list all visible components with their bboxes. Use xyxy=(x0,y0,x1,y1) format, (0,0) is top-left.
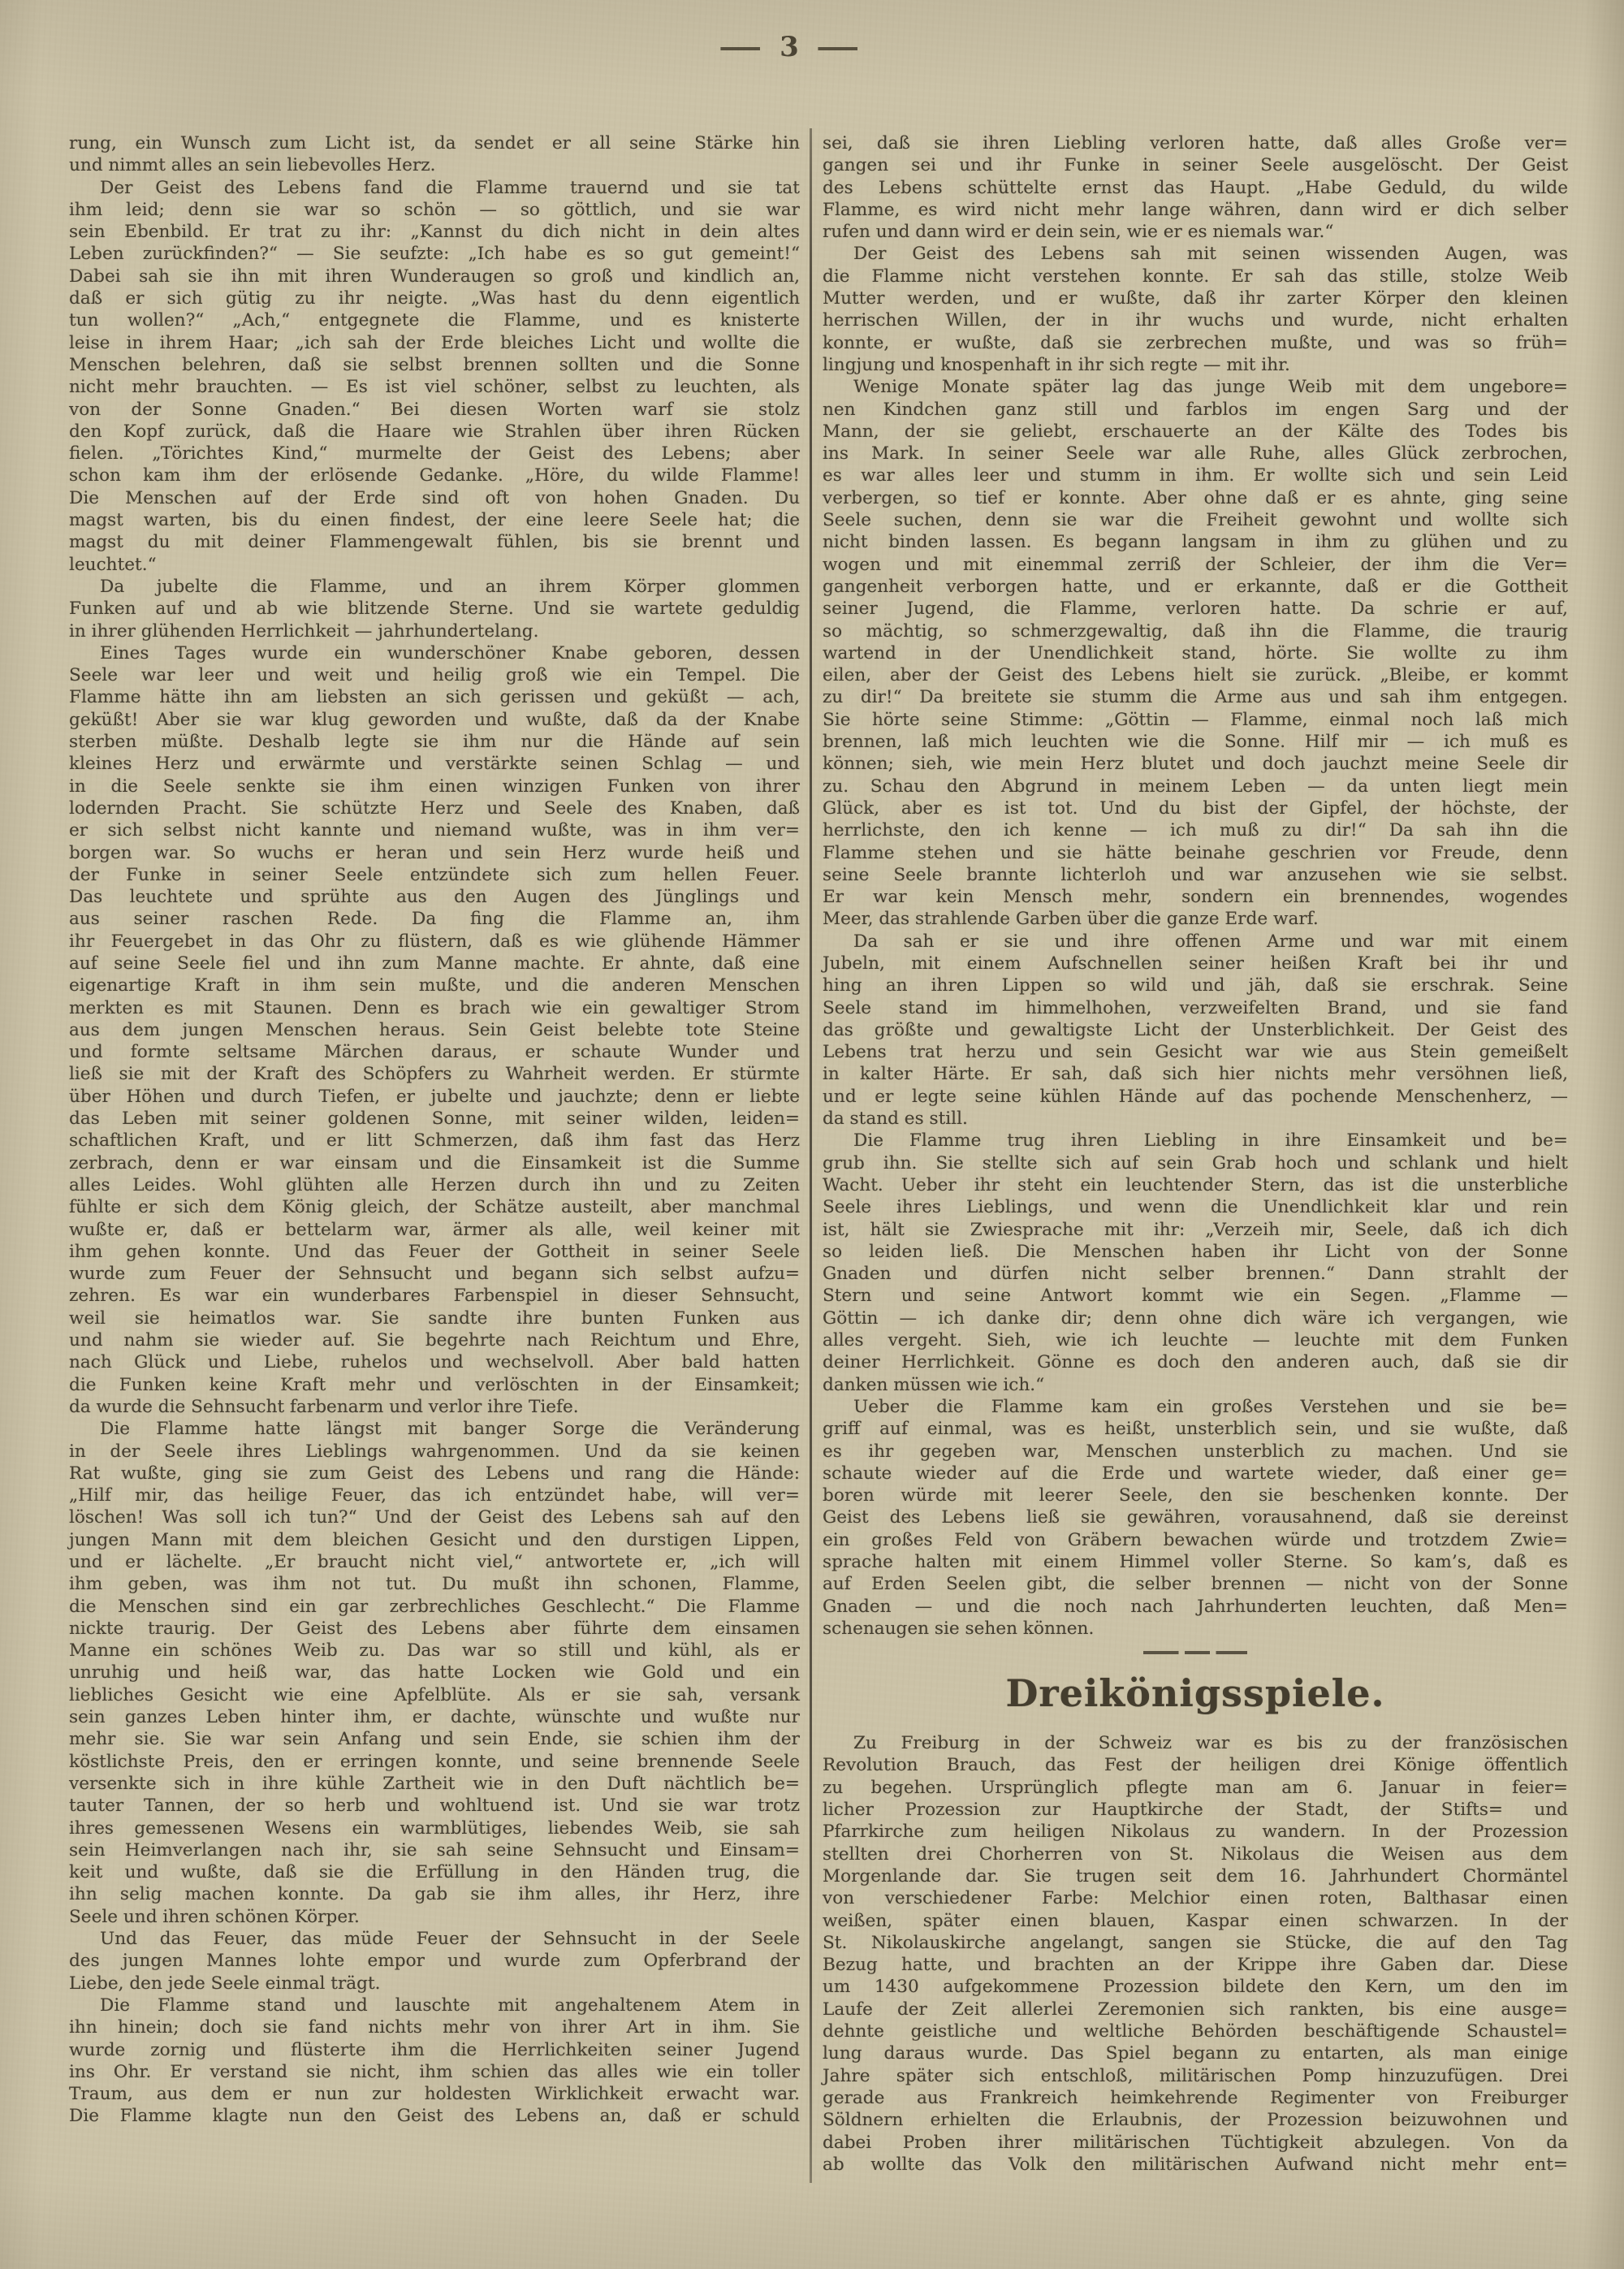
text-line: Ueber die Flamme kam ein großes Verstehe… xyxy=(823,1396,1568,1418)
text-line: Flamme, es wird nicht mehr lange währen,… xyxy=(823,199,1568,221)
text-line: Wenige Monate später lag das junge Weib … xyxy=(823,376,1568,398)
section-separator xyxy=(1143,1651,1247,1654)
text-line: des jungen Mannes lohte empor und wurde … xyxy=(69,1950,800,1972)
text-line: versenkte sich in ihre kühle Zartheit wi… xyxy=(69,1773,800,1795)
text-line: lingjung und knospenhaft in ihr sich reg… xyxy=(823,354,1568,376)
text-line: leuchtet.“ xyxy=(69,554,800,576)
text-line: zerbrach, denn er war einsam und die Ein… xyxy=(69,1152,800,1174)
text-line: die Funken keine Kraft mehr und verlösch… xyxy=(69,1374,800,1396)
text-line: schenaugen sie sehen können. xyxy=(823,1618,1568,1640)
text-line: nicht mehr brauchten. — Es ist viel schö… xyxy=(69,376,800,398)
text-line: konnte, er wußte, daß sie zerbrechen muß… xyxy=(823,332,1568,354)
text-line: können; sieh, wie mein Herz blutet und d… xyxy=(823,753,1568,775)
text-line: Flamme hätte ihn am liebsten an sich ger… xyxy=(69,686,800,708)
header-dash-left: — xyxy=(719,31,764,63)
text-line: Sie hörte seine Stimme: „Göttin — Flamme… xyxy=(823,709,1568,731)
text-line: wurde zornig und flüsterte ihm die Herrl… xyxy=(69,2039,800,2061)
text-line: das Leben mit seiner goldenen Sonne, mit… xyxy=(69,1108,800,1130)
text-line: Zu Freiburg in der Schweiz war es bis zu… xyxy=(823,1732,1568,1754)
text-line: tauter Tannen, der so herb und wohltuend… xyxy=(69,1795,800,1817)
text-line: in die Seele senkte sie ihm einen winzig… xyxy=(69,776,800,797)
text-line: Da jubelte die Flamme, und an ihrem Körp… xyxy=(69,576,800,598)
text-line: in kalter Härte. Er sah, daß sich hier n… xyxy=(823,1063,1568,1085)
text-line: wurde zum Feuer der Sehnsucht und begann… xyxy=(69,1263,800,1285)
text-line: Die Flamme trug ihren Liebling in ihre E… xyxy=(823,1130,1568,1152)
text-line: gerade aus Frankreich heimkehrende Regim… xyxy=(823,2087,1568,2109)
text-line: magst du mit deiner Flammengewalt fühlen… xyxy=(69,531,800,553)
text-line: da stand es still. xyxy=(823,1108,1568,1130)
text-line: Meer, das strahlende Garben über die gan… xyxy=(823,908,1568,930)
text-line: Seele und ihren schönen Körper. xyxy=(69,1906,800,1928)
text-line: ein großes Feld von Gräbern bewachen wür… xyxy=(823,1529,1568,1551)
text-line: Der Geist des Lebens sah mit seinen wiss… xyxy=(823,243,1568,265)
text-line: ihm leid; denn sie war so schön — so göt… xyxy=(69,199,800,221)
text-line: Menschen belehren, daß sie selbst brenne… xyxy=(69,354,800,376)
text-line: zu dir!“ Da breitete sie stumm die Arme … xyxy=(823,686,1568,708)
text-line: grub ihn. Sie stellte sich auf sein Grab… xyxy=(823,1152,1568,1174)
text-line: licher Prozession zur Hauptkirche der St… xyxy=(823,1799,1568,1821)
text-line: rufen und dann wird er dein sein, wie er… xyxy=(823,221,1568,243)
text-line: eilen, aber der Geist des Lebens hielt s… xyxy=(823,664,1568,686)
header-dash-right: — xyxy=(815,31,861,63)
text-line: den Kopf zurück, daß die Haare wie Strah… xyxy=(69,421,800,443)
text-line: Pfarrkirche zum heiligen Nikolaus zu wan… xyxy=(823,1821,1568,1843)
text-line: deiner Herrlichkeit. Gönne es doch den a… xyxy=(823,1351,1568,1373)
text-line: ihr Feuergebet in das Ohr zu flüstern, d… xyxy=(69,931,800,953)
text-line: Seele war leer und weit und heilig groß … xyxy=(69,664,800,686)
text-line: Revolution Brauch, das Fest der heiligen… xyxy=(823,1754,1568,1776)
text-line: ließ sie mit der Kraft des Schöpfers zu … xyxy=(69,1063,800,1085)
page-number: —3— xyxy=(0,31,1579,63)
text-line: brennen, laß mich leuchten wie die Sonne… xyxy=(823,731,1568,753)
text-line: schon kam ihm der erlösende Gedanke. „Hö… xyxy=(69,465,800,486)
text-line: um 1430 aufgekommene Prozession bildete … xyxy=(823,1976,1568,1998)
text-line: Gnaden und dürfen nicht selber brennen.“… xyxy=(823,1263,1568,1285)
column-divider-rule xyxy=(810,128,812,2183)
text-line: seiner Jugend, die Flamme, verloren hatt… xyxy=(823,598,1568,620)
text-line: gangen sei und ihr Funke in seiner Seele… xyxy=(823,154,1568,176)
text-line: Funken auf und ab wie blitzende Sterne. … xyxy=(69,598,800,620)
text-line: zu. Schau den Abgrund in meinem Leben — … xyxy=(823,776,1568,797)
text-line: sein Ebenbild. Er trat zu ihr: „Kannst d… xyxy=(69,221,800,243)
text-line: hing an ihren Lippen so wild und jäh, da… xyxy=(823,975,1568,996)
text-line: Das leuchtete und sprühte aus den Augen … xyxy=(69,886,800,908)
text-line: danken müssen wie ich.“ xyxy=(823,1374,1568,1396)
article-body: Zu Freiburg in der Schweiz war es bis zu… xyxy=(823,1732,1568,2176)
text-line: Lebens trat herzu und sein Gesicht war w… xyxy=(823,1041,1568,1063)
text-line: ins Ohr. Er verstand sie nicht, ihm schi… xyxy=(69,2061,800,2083)
text-line: griff auf einmal, was es heißt, unsterbl… xyxy=(823,1418,1568,1440)
article-heading: Dreikönigsspiele. xyxy=(823,1672,1568,1714)
text-line: Der Geist des Lebens fand die Flamme tra… xyxy=(69,177,800,199)
text-line: verbergen, so tief er konnte. Aber ohne … xyxy=(823,487,1568,509)
text-line: Göttin — ich danke dir; denn ohne dich w… xyxy=(823,1307,1568,1329)
text-line: ist, hält sie Zwiesprache mit ihr: „Verz… xyxy=(823,1219,1568,1241)
text-line: Jubeln, mit einem Aufschnellen seiner he… xyxy=(823,953,1568,975)
text-line: und formte seltsame Märchen daraus, er s… xyxy=(69,1041,800,1063)
text-line: Leben zurückfinden?“ — Sie seufzte: „Ich… xyxy=(69,243,800,265)
text-line: seine Seele brannte lichterloh und war a… xyxy=(823,864,1568,886)
text-line: jungen Mann mit dem bleichen Gesicht und… xyxy=(69,1529,800,1551)
text-line: Gnaden — und die noch nach Jahrhunderten… xyxy=(823,1596,1568,1618)
text-line: und nimmt alles an sein liebevolles Herz… xyxy=(69,154,800,176)
text-line: Geist des Lebens ließ sie gewähren, vora… xyxy=(823,1506,1568,1528)
text-line: Manne ein schönes Weib zu. Das war so st… xyxy=(69,1640,800,1662)
text-line: sein Heimverlangen nach ihr, sie sah sei… xyxy=(69,1839,800,1861)
text-line: Wacht. Ueber ihr steht ein leuchtender S… xyxy=(823,1174,1568,1196)
text-line: kleines Herz und erwärmte und verstärkte… xyxy=(69,753,800,775)
text-line: „Hilf mir, das heilige Feuer, das ich en… xyxy=(69,1485,800,1506)
text-line: St. Nikolauskirche angelangt, sangen sie… xyxy=(823,1932,1568,1954)
text-line: Und das Feuer, das müde Feuer der Sehnsu… xyxy=(69,1928,800,1950)
text-line: in ihrer glühenden Herrlichkeit — jahrhu… xyxy=(69,620,800,642)
text-line: Seele suchen, denn sie war die Freiheit … xyxy=(823,509,1568,531)
text-line: leise in ihrem Haar; „ich sah der Erde b… xyxy=(69,332,800,354)
text-line: Flamme stehen und sie hätte beinahe gesc… xyxy=(823,842,1568,864)
text-line: sterben müßte. Deshalb legte sie ihm nur… xyxy=(69,731,800,753)
text-line: Die Flamme hatte längst mit banger Sorge… xyxy=(69,1418,800,1440)
text-line: ihm geben, was ihm not tut. Du mußt ihn … xyxy=(69,1573,800,1595)
text-line: auf seine Seele fiel und ihn zum Manne m… xyxy=(69,953,800,975)
text-line: fielen. „Törichtes Kind,“ murmelte der G… xyxy=(69,443,800,465)
text-line: herrlichste, den ich kenne — ich muß zu … xyxy=(823,819,1568,841)
text-line: Mutter werden, und er wußte, daß ihr zar… xyxy=(823,287,1568,309)
text-line: ihn selig machen konnte. Da gab sie ihm … xyxy=(69,1883,800,1905)
text-line: nickte traurig. Der Geist des Lebens abe… xyxy=(69,1618,800,1640)
text-line: des Lebens schüttelte ernst das Haupt. „… xyxy=(823,177,1568,199)
text-line: dehnte geistliche und weltliche Behörden… xyxy=(823,2020,1568,2042)
page-number-value: 3 xyxy=(780,31,800,63)
text-line: so leiden ließ. Die Menschen haben ihr L… xyxy=(823,1241,1568,1263)
text-line: ihres gemessenen Wesens ein warmblütiges… xyxy=(69,1817,800,1839)
text-line: der Funke in seiner Seele entzündete sic… xyxy=(69,864,800,886)
text-line: Die Flamme stand und lauschte mit angeha… xyxy=(69,1995,800,2016)
right-column: sei, daß sie ihren Liebling verloren hat… xyxy=(823,132,1568,2176)
text-line: eigenartige Kraft in ihm sein mußte, und… xyxy=(69,975,800,996)
text-line: stellten drei Chorherren von St. Nikolau… xyxy=(823,1843,1568,1865)
text-line: lodernden Pracht. Sie schützte Herz und … xyxy=(69,797,800,819)
text-line: Jahre später sich entschloß, militärisch… xyxy=(823,2065,1568,2087)
text-line: ihm gehen konnte. Und das Feuer der Gott… xyxy=(69,1241,800,1263)
text-line: alles vergeht. Sieh, wie ich leuchte — l… xyxy=(823,1329,1568,1351)
text-line: Stern und seine Antwort kommt wie ein Se… xyxy=(823,1285,1568,1307)
text-line: zu begehen. Ursprünglich pflegte man am … xyxy=(823,1777,1568,1799)
text-line: daß er sich gütig zu ihr neigte. „Was ha… xyxy=(69,287,800,309)
text-line: sprache halten mit einem Himmel voller S… xyxy=(823,1551,1568,1573)
text-line: Er war kein Mensch mehr, sondern ein bre… xyxy=(823,886,1568,908)
text-line: Bezug hatte, und brachten an der Krippe … xyxy=(823,1954,1568,1976)
text-line: keit und wußte, daß sie die Erfüllung in… xyxy=(69,1861,800,1883)
text-line: merkten es mit Staunen. Denn es brach wi… xyxy=(69,997,800,1019)
text-line: nach Glück und Liebe, ruhelos und wechse… xyxy=(69,1351,800,1373)
text-line: liebliches Gesicht wie eine Apfelblüte. … xyxy=(69,1684,800,1706)
text-line: boren würde mit leerer Seele, den sie be… xyxy=(823,1485,1568,1506)
text-line: tun wollen?“ „Ach,“ entgegnete die Flamm… xyxy=(69,309,800,331)
text-line: wartend in der Unendlichkeit stand, hört… xyxy=(823,642,1568,664)
text-line: Die Flamme klagte nun den Geist des Lebe… xyxy=(69,2105,800,2127)
text-line: Morgenlande dar. Sie trugen seit dem 16.… xyxy=(823,1865,1568,1887)
text-line: borgen war. So wuchs er heran und sein H… xyxy=(69,842,800,864)
text-line: sein ganzes Leben hinter ihm, er dachte,… xyxy=(69,1706,800,1728)
text-line: schaftlichen Kraft, und er litt Schmerze… xyxy=(69,1130,800,1152)
text-line: sei, daß sie ihren Liebling verloren hat… xyxy=(823,132,1568,154)
text-line: löschen! Was soll ich tun?“ Und der Geis… xyxy=(69,1506,800,1528)
text-line: ihn hinein; doch sie fand nichts mehr vo… xyxy=(69,2016,800,2038)
text-line: Mann, der sie geliebt, erschauerte an de… xyxy=(823,421,1568,443)
text-line: die Menschen sind ein gar zerbrechliches… xyxy=(69,1596,800,1618)
text-line: zehren. Es war ein wunderbares Farbenspi… xyxy=(69,1285,800,1307)
text-line: es war alles leer und stumm in ihm. Er w… xyxy=(823,465,1568,486)
text-line: Laufe der Zeit allerlei Zeremonien sich … xyxy=(823,1999,1568,2020)
text-line: köstlichste Preis, den er erringen konnt… xyxy=(69,1751,800,1773)
text-line: und er lächelte. „Er braucht nicht viel,… xyxy=(69,1551,800,1573)
text-line: mehr sie. Sie war sein Anfang und sein E… xyxy=(69,1728,800,1750)
text-line: unruhig und heiß war, das hatte Locken w… xyxy=(69,1662,800,1683)
text-line: Traum, aus dem er nun zur holdesten Wirk… xyxy=(69,2083,800,2105)
text-line: gangenheit verborgen hatte, und er erkan… xyxy=(823,576,1568,598)
text-line: von der Sonne Gnaden.“ Bei diesen Worten… xyxy=(69,399,800,421)
text-line: Glück, aber es ist tot. Und du bist der … xyxy=(823,797,1568,819)
text-line: dabei Proben ihrer militärischen Tüchtig… xyxy=(823,2132,1568,2154)
text-line: wußte er, daß er bettelarm war, ärmer al… xyxy=(69,1219,800,1241)
text-line: herrischen Willen, der in ihr wuchs und … xyxy=(823,309,1568,331)
text-line: er sich selbst nicht kannte und niemand … xyxy=(69,819,800,841)
text-line: da wurde die Sehnsucht farbenarm und ver… xyxy=(69,1396,800,1418)
text-line: Liebe, den jede Seele einmal trägt. xyxy=(69,1973,800,1995)
text-line: wogen und mit einemmal zerriß der Schlei… xyxy=(823,554,1568,576)
text-line: ins Mark. In seiner Seele war alle Ruhe,… xyxy=(823,443,1568,465)
text-line: aus dem jungen Menschen heraus. Sein Gei… xyxy=(69,1019,800,1041)
text-line: auf Erden Seelen gibt, die selber brenne… xyxy=(823,1573,1568,1595)
text-line: aus seiner raschen Rede. Da fing die Fla… xyxy=(69,908,800,930)
text-line: Söldnern erhielten die Erlaubnis, der Pr… xyxy=(823,2109,1568,2131)
text-line: nicht binden lassen. Es begann langsam i… xyxy=(823,531,1568,553)
text-line: rung, ein Wunsch zum Licht ist, da sende… xyxy=(69,132,800,154)
text-line: von verschiedener Farbe: Melchior einen … xyxy=(823,1887,1568,1909)
text-line: Die Menschen auf der Erde sind oft von h… xyxy=(69,487,800,509)
text-line: Eines Tages wurde ein wunderschöner Knab… xyxy=(69,642,800,664)
text-line: weil sie heimatlos war. Sie sandte ihre … xyxy=(69,1307,800,1329)
newspaper-page: —3— rung, ein Wunsch zum Licht ist, da s… xyxy=(0,0,1624,2269)
text-line: fühlte er sich dem König gleich, der Sch… xyxy=(69,1196,800,1218)
text-line: in der Seele ihres Lieblings wahrgenomme… xyxy=(69,1441,800,1463)
text-line: ab wollte das Volk den militärischen Auf… xyxy=(823,2154,1568,2176)
text-line: schaute wieder auf die Erde und wartete … xyxy=(823,1463,1568,1485)
text-line: das größte und gewaltigste Licht der Uns… xyxy=(823,1019,1568,1041)
text-line: über Höhen und durch Tiefen, er jubelte … xyxy=(69,1086,800,1108)
text-line: Seele stand im himmelhohen, verzweifelte… xyxy=(823,997,1568,1019)
text-line: alles Leides. Wohl glühten alle Herzen d… xyxy=(69,1174,800,1196)
text-line: und nahm sie wieder auf. Sie begehrte na… xyxy=(69,1329,800,1351)
text-line: Seele ihres Lieblings, und wenn die Unen… xyxy=(823,1196,1568,1218)
text-line: so mächtig, so schmerzgewaltig, daß ihn … xyxy=(823,620,1568,642)
text-line: nen Kindchen ganz still und farblos im e… xyxy=(823,399,1568,421)
left-column: rung, ein Wunsch zum Licht ist, da sende… xyxy=(69,132,800,2128)
text-line: und er legte seine kühlen Hände auf das … xyxy=(823,1086,1568,1108)
text-line: magst warten, bis du einen findest, der … xyxy=(69,509,800,531)
text-line: weißen, später einen blauen, Kaspar eine… xyxy=(823,1910,1568,1932)
text-line: Rat wußte, ging sie zum Geist des Lebens… xyxy=(69,1463,800,1485)
story-continuation: sei, daß sie ihren Liebling verloren hat… xyxy=(823,132,1568,1640)
text-line: geküßt! Aber sie war klug geworden und w… xyxy=(69,709,800,731)
text-line: Da sah er sie und ihre offenen Arme und … xyxy=(823,931,1568,953)
text-line: Dabei sah sie ihn mit ihren Wunderaugen … xyxy=(69,266,800,287)
text-line: es ihr gegeben war, Menschen unsterblich… xyxy=(823,1441,1568,1463)
text-line: lung daraus wurde. Das Spiel begann zu e… xyxy=(823,2042,1568,2064)
text-line: die Flamme nicht verstehen konnte. Er sa… xyxy=(823,266,1568,287)
